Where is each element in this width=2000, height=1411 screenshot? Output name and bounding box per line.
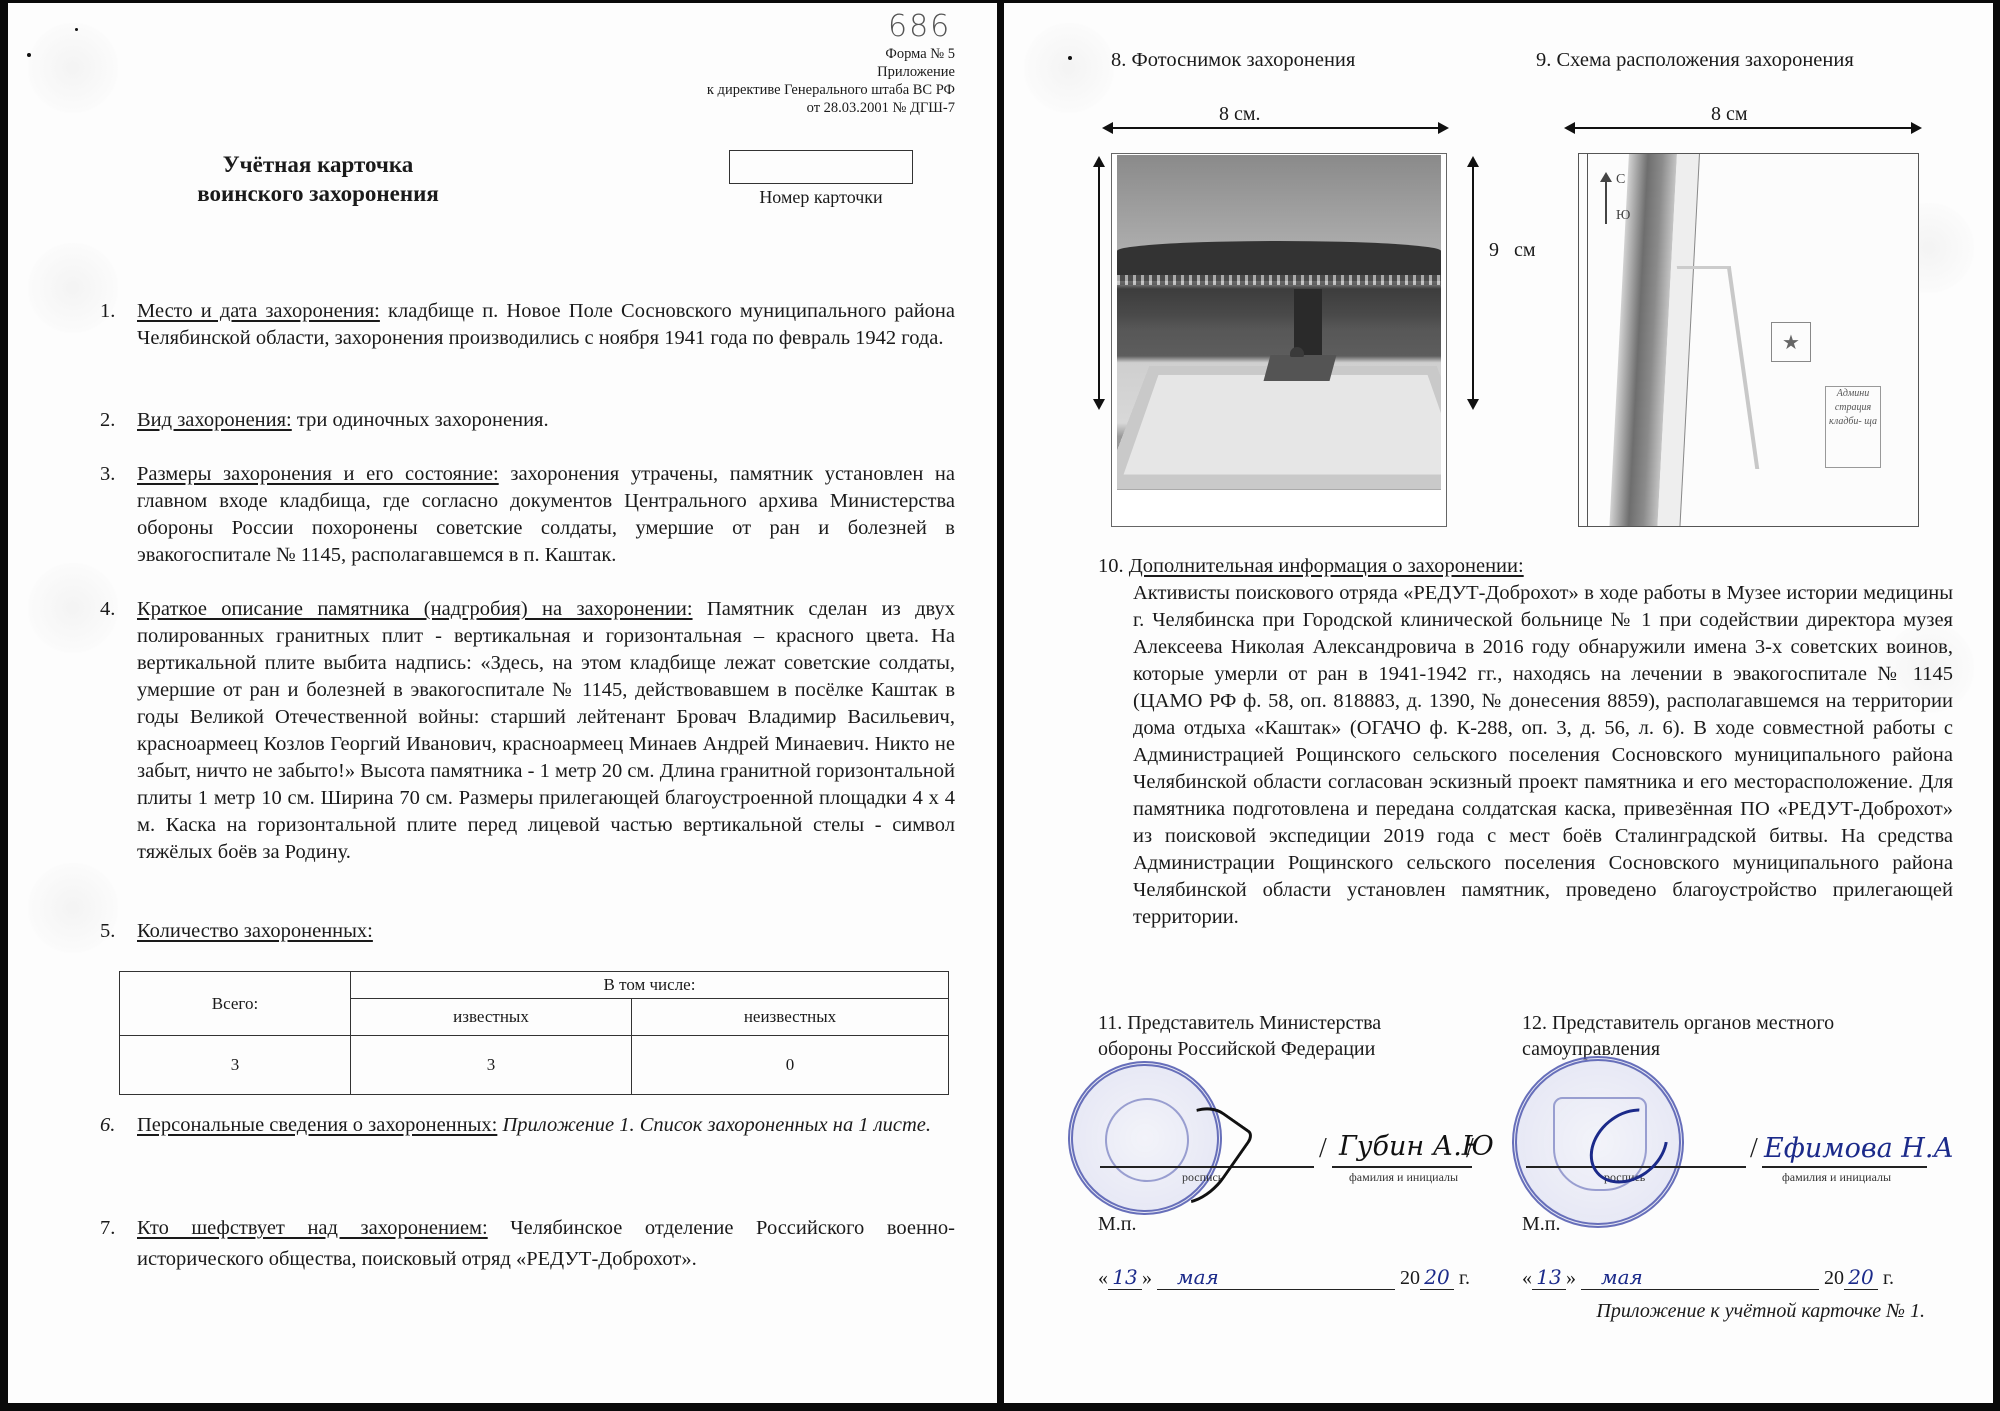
compass-arrowhead-icon <box>1600 172 1612 182</box>
item-number: 3. <box>100 461 134 488</box>
star-icon: ★ <box>1782 330 1800 355</box>
photo-width-label: 8 см. <box>1219 103 1261 126</box>
photo-width-arrow-icon <box>1104 127 1447 129</box>
rep-title-line: 11. Представитель Министерства <box>1098 1010 1381 1036</box>
item-label: Краткое описание памятника (надгробия) н… <box>137 598 693 620</box>
item-burial-size: 3. Размеры захоронения и его состояние: … <box>100 461 955 569</box>
item-additional-info-text: Активисты поискового отряда «РЕДУТ-Добро… <box>1133 580 1953 931</box>
date-year-suffix: 20 <box>1844 1265 1878 1290</box>
form-header: Форма № 5 Приложение к директиве Генерал… <box>707 45 955 117</box>
mod-representative-title: 11. Представитель Министерства обороны Р… <box>1098 1010 1381 1062</box>
photo-height-label: 9 см <box>1489 239 1536 262</box>
item-burial-place: 1. Место и дата захоронения: кладбище п.… <box>100 298 955 352</box>
seal-place-label: М.п. <box>1522 1213 1561 1236</box>
sketch-path <box>1677 266 1760 469</box>
item-number: 2. <box>100 407 134 434</box>
scan-speck <box>75 28 78 31</box>
seal-place-label: М.п. <box>1098 1213 1137 1236</box>
item-number: 4. <box>100 596 134 623</box>
photo-height-arrow-icon-right <box>1472 158 1474 408</box>
item-label: Вид захоронения: <box>137 409 292 431</box>
form-header-line: к директиве Генерального штаба ВС РФ <box>707 81 955 99</box>
local-gov-signature-date: «13» мая 2020 г. <box>1522 1265 1894 1290</box>
photo-memorial-pad <box>1117 366 1441 490</box>
item-number: 1. <box>100 298 134 325</box>
item-buried-count: 5. Количество захороненных: <box>100 918 955 945</box>
scheme-width-label: 8 см <box>1711 103 1748 126</box>
sketch-line <box>1587 154 1588 526</box>
appendix-note: Приложение к учётной карточке № 1. <box>1596 1300 1925 1323</box>
item-text: Памятник сделан из двух полированных гра… <box>137 598 955 863</box>
header-group: В том числе: <box>351 972 949 999</box>
document-page-right: 8. Фотоснимок захоронения 9. Схема распо… <box>1004 3 1993 1403</box>
scan-speck <box>1068 56 1072 60</box>
mod-signature-date: «13» мая 2020 г. <box>1098 1265 1470 1290</box>
date-suffix: г. <box>1883 1267 1894 1289</box>
date-day: 13 <box>1532 1265 1566 1290</box>
name-line <box>1332 1166 1472 1168</box>
burial-scheme-sketch: С Ю ★ Админи страция кладби- ща <box>1578 153 1919 527</box>
admin-building-label: Админи страция кладби- ща <box>1825 386 1881 468</box>
item-number: 6. <box>100 1112 134 1139</box>
card-number-label: Номер карточки <box>708 187 934 208</box>
date-suffix: г. <box>1459 1267 1470 1289</box>
buried-count-table: Всего: В том числе: известных неизвестны… <box>119 971 949 1095</box>
cell-unknown: 0 <box>632 1036 949 1095</box>
local-gov-representative-title: 12. Представитель органов местного самоу… <box>1522 1010 1834 1062</box>
photo-helmet <box>1290 347 1304 357</box>
item-label: Количество захороненных: <box>137 920 373 942</box>
memorial-marker: ★ <box>1771 322 1811 362</box>
section-scheme-title: 9. Схема расположения захоронения <box>1536 49 1854 72</box>
date-day: 13 <box>1108 1265 1142 1290</box>
burial-photo <box>1117 155 1441 490</box>
item-label: Место и дата захоронения: <box>137 300 380 322</box>
name-label: фамилия и инициалы <box>1349 1170 1458 1185</box>
title-line: Учётная карточка <box>128 150 508 179</box>
item-label: Размеры захоронения и его состояние: <box>137 463 499 485</box>
form-header-line: Форма № 5 <box>707 45 955 63</box>
rep-title-line: самоуправления <box>1522 1036 1834 1062</box>
item-monument-description: 4. Краткое описание памятника (надгробия… <box>100 596 955 866</box>
header-unknown: неизвестных <box>632 999 949 1036</box>
item-number: 5. <box>100 918 134 945</box>
date-year-prefix: 20 <box>1824 1267 1844 1289</box>
title-line: воинского захоронения <box>128 179 508 208</box>
header-known: известных <box>351 999 632 1036</box>
photo-height-arrow-icon-left <box>1098 158 1100 408</box>
header-total: Всего: <box>120 972 351 1036</box>
rep-title-line: обороны Российской Федерации <box>1098 1036 1381 1062</box>
form-header-line: Приложение <box>707 63 955 81</box>
document-page-left: 686 Форма № 5 Приложение к директиве Ген… <box>8 3 997 1403</box>
item-number: 10. <box>1098 555 1124 577</box>
item-patron: 7. Кто шефствует над захоронением: Челяб… <box>100 1213 955 1275</box>
form-header-line: от 28.03.2001 № ДГШ-7 <box>707 99 955 117</box>
item-label: Кто шефствует над захоронением: <box>137 1217 488 1239</box>
date-year-suffix: 20 <box>1420 1265 1454 1290</box>
south-label: Ю <box>1616 208 1630 224</box>
scan-speck <box>27 53 31 57</box>
photo-slab <box>1264 355 1337 381</box>
item-label: Персональные сведения о захороненных: <box>137 1114 497 1136</box>
watermark <box>28 23 118 113</box>
handwritten-page-number: 686 <box>888 9 951 44</box>
date-month: мая <box>1157 1265 1395 1290</box>
item-label: Дополнительная информация о захоронении: <box>1129 555 1524 577</box>
item-number: 7. <box>100 1213 134 1244</box>
item-burial-type: 2. Вид захоронения: три одиночных захоро… <box>100 407 955 434</box>
cell-known: 3 <box>351 1036 632 1095</box>
north-label: С <box>1616 172 1625 188</box>
date-month: мая <box>1581 1265 1819 1290</box>
name-line <box>1762 1166 1927 1168</box>
name-label: фамилия и инициалы <box>1782 1170 1891 1185</box>
burial-photo-frame <box>1111 153 1447 527</box>
item-text: Приложение 1. Список захороненных на 1 л… <box>497 1114 931 1136</box>
date-year-prefix: 20 <box>1400 1267 1420 1289</box>
cell-total: 3 <box>120 1036 351 1095</box>
scheme-width-arrow-icon <box>1566 127 1920 129</box>
item-text: три одиночных захоронения. <box>292 409 549 431</box>
local-gov-representative-name: Ефимова Н.А <box>1764 1133 1954 1164</box>
document-title: Учётная карточка воинского захоронения <box>128 150 508 208</box>
item-additional-info: 10. Дополнительная информация о захороне… <box>1098 553 1953 580</box>
rep-title-line: 12. Представитель органов местного <box>1522 1010 1834 1036</box>
compass-arrow-icon <box>1605 178 1607 224</box>
photo-graves <box>1117 275 1441 285</box>
item-personal-info: 6. Персональные сведения о захороненных:… <box>100 1112 955 1139</box>
watermark <box>1024 23 1114 113</box>
card-number-field[interactable] <box>729 150 913 184</box>
section-photo-title: 8. Фотоснимок захоронения <box>1111 49 1355 72</box>
